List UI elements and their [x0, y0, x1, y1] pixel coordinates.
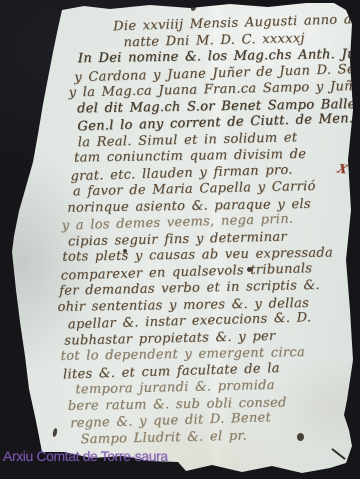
scanned-document-background: Die xxviiij Mensis Augusti anno a ynatte… [0, 0, 360, 479]
ink-blot [297, 433, 304, 441]
manuscript-line: Sampo Lludrit &. el pr. [80, 428, 247, 447]
manuscript-paper: Die xxviiij Mensis Augusti anno a ynatte… [0, 0, 360, 479]
manuscript-line: Die xxviiij Mensis Augusti anno a y [113, 12, 360, 34]
archive-stamp-text: Arxiu Comtat de Torre-saura [3, 448, 168, 464]
ink-blot [247, 267, 252, 272]
manuscript-text: Die xxviiij Mensis Augusti anno a ynatte… [0, 0, 360, 479]
manuscript-line: tempora jurandi &. promida [75, 378, 275, 398]
ink-blot [123, 249, 127, 253]
manuscript-line: natte Dni M. D. C. xxxxxj [123, 31, 305, 50]
